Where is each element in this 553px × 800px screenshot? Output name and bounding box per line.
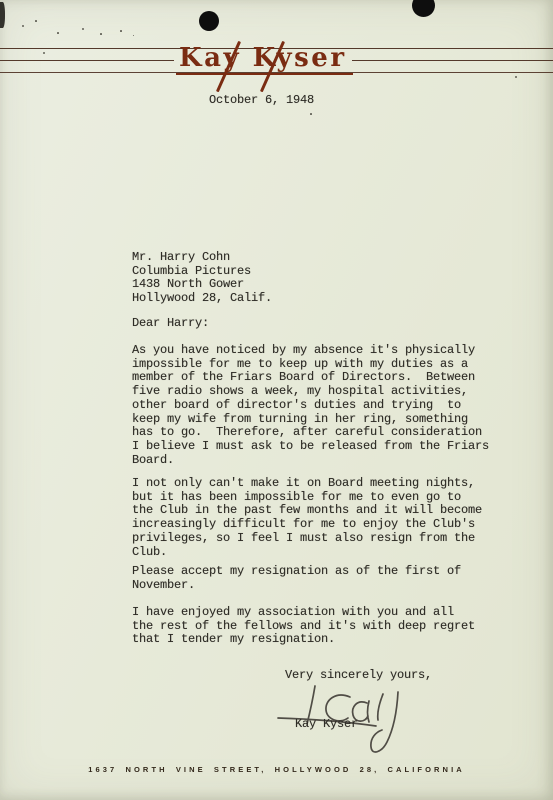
letter-page: Kay Kyser October 6, 1948 Mr. Harry Cohn… bbox=[0, 0, 553, 800]
signature-stroke-y bbox=[378, 694, 383, 720]
paragraph-2: I not only can't make it on Board meetin… bbox=[132, 477, 482, 559]
paper-speck bbox=[82, 28, 84, 30]
typed-signature-name: Kay Kyser bbox=[295, 718, 358, 732]
letterhead-rule-middle-right bbox=[352, 60, 553, 61]
paragraph-1: As you have noticed by my absence it's p… bbox=[132, 344, 489, 467]
paper-speck bbox=[120, 30, 122, 32]
salutation: Dear Harry: bbox=[132, 317, 209, 331]
paper-speck bbox=[100, 33, 102, 35]
paper-speck bbox=[515, 76, 517, 78]
recipient-address: Mr. Harry Cohn Columbia Pictures 1438 No… bbox=[132, 251, 272, 306]
signature-stroke-y-descender bbox=[371, 692, 398, 752]
paper-speck bbox=[22, 25, 24, 27]
punch-hole-right bbox=[412, 0, 435, 17]
letterhead-name: Kay Kyser bbox=[176, 45, 353, 75]
edge-smudge bbox=[0, 2, 5, 28]
footer-address: 1637 NORTH VINE STREET, HOLLYWOOD 28, CA… bbox=[0, 765, 553, 774]
paper-speck bbox=[310, 113, 312, 115]
punch-hole-left bbox=[199, 11, 219, 31]
paragraph-3: Please accept my resignation as of the f… bbox=[132, 565, 461, 592]
paper-speck bbox=[43, 52, 45, 54]
signature-stroke-a-stem bbox=[368, 701, 370, 722]
paragraph-4: I have enjoyed my association with you a… bbox=[132, 606, 475, 647]
letterhead-rule-middle-left bbox=[0, 60, 174, 61]
paper-speck bbox=[57, 32, 59, 34]
date-line: October 6, 1948 bbox=[209, 94, 314, 108]
paper-speck bbox=[133, 35, 134, 36]
paper-speck bbox=[35, 20, 37, 22]
